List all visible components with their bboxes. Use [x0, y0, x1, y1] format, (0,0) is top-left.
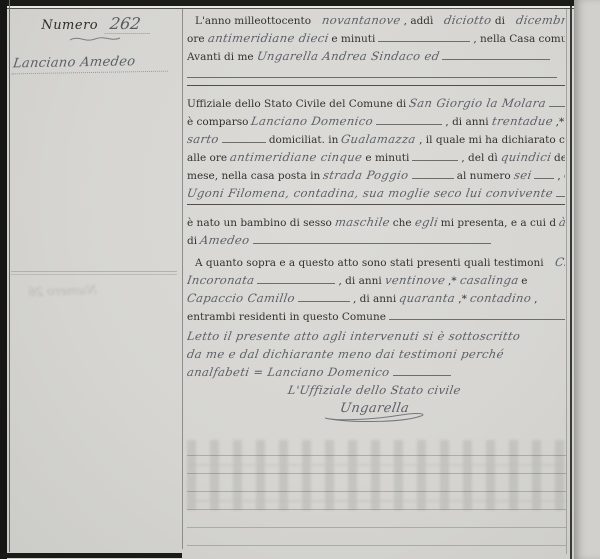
- act-line: Uffiziale dello Stato Civile del Comune …: [187, 93, 565, 111]
- printed-text: del: [554, 152, 565, 164]
- paragraph-rule: [187, 85, 565, 91]
- fill-in-blank: [298, 289, 350, 302]
- act-body: L'anno milleottocentonovantanove, addìdi…: [187, 10, 565, 416]
- fill-in-blank: [187, 65, 557, 78]
- printed-text: mese, nella casa posta in: [187, 170, 320, 182]
- printed-text: , da: [557, 170, 565, 182]
- fill-in-blank: [534, 166, 554, 179]
- right-rule-line: [570, 6, 572, 559]
- flourish-squiggle: [69, 35, 121, 43]
- printed-text: , del dì: [461, 152, 497, 164]
- handwritten-text: strada Poggio: [322, 166, 410, 183]
- printed-text: domiciliat. in: [269, 134, 339, 146]
- fill-in-blank: [412, 148, 458, 161]
- scan-bottom-border: [0, 553, 182, 558]
- printed-text: Avanti di me: [187, 51, 254, 63]
- scan-left-border-line: [9, 0, 10, 552]
- printed-text: , il quale mi ha dichiarato che: [419, 134, 565, 146]
- printed-text: è comparso: [187, 116, 248, 128]
- paragraph-rule: [187, 204, 565, 210]
- handwritten-text: ventinove: [383, 271, 446, 288]
- fill-in-blank: [412, 166, 454, 179]
- printed-text: e minuti: [331, 33, 375, 45]
- printed-text: ,*: [556, 116, 565, 128]
- act-line: L'anno milleottocentonovantanove, addìdi…: [187, 10, 565, 28]
- printed-text: ore: [187, 33, 205, 45]
- fill-in-blank: [222, 130, 266, 143]
- margin-column: Numero262 Lanciano Amedeo: [11, 10, 181, 77]
- fill-in-blank: [378, 29, 470, 42]
- act-line: Letto il presente atto agli intervenuti …: [187, 326, 565, 344]
- handwritten-text: antimeridiane dieci: [206, 29, 330, 46]
- printed-text: , addì: [404, 15, 434, 27]
- handwritten-text: trentadue: [490, 112, 554, 129]
- handwritten-text: Amedeo: [199, 231, 252, 248]
- printed-text: di: [187, 235, 197, 247]
- act-line: sartodomiciliat. inGualamazza, il quale …: [187, 129, 565, 147]
- handwritten-text: San Giorgio la Molara: [408, 94, 548, 111]
- page-edge-margin: [574, 0, 600, 559]
- handwritten-text: egli: [413, 213, 439, 230]
- handwritten-text: Letto il presente atto agli intervenuti …: [187, 327, 522, 344]
- handwritten-text: dicembre: [506, 11, 565, 28]
- handwritten-text: Incoronata: [187, 271, 256, 288]
- printed-text: alle ore: [187, 152, 227, 164]
- act-line: da me e dal dichiarante meno dai testimo…: [187, 344, 565, 362]
- act-line: A quanto sopra e a questo atto sono stat…: [187, 252, 565, 270]
- handwritten-text: Ungarella Andrea Sindaco ed: [255, 47, 441, 64]
- act-number: 262: [105, 14, 152, 34]
- handwritten-text: da me e dal dichiarante meno dai testimo…: [187, 345, 505, 362]
- fill-in-blank: [393, 363, 451, 376]
- fill-in-blank: [253, 231, 491, 244]
- handwritten-text: maschile: [333, 213, 391, 230]
- handwritten-text: sei: [512, 166, 533, 183]
- handwritten-text: novantanove: [313, 11, 403, 28]
- handwritten-text: sarto: [187, 130, 220, 147]
- scan-left-border: [0, 0, 7, 559]
- scan-top-border-line: [0, 8, 574, 9]
- act-line: diAmedeo: [187, 230, 565, 248]
- printed-text: e: [521, 275, 527, 287]
- act-line: è comparsoLanciano Domenico, di annitren…: [187, 111, 565, 129]
- printed-text: è nato un bambino di sesso: [187, 217, 332, 229]
- handwritten-text: diciotto: [435, 11, 493, 28]
- printed-text: , di anni: [353, 293, 396, 305]
- handwritten-text: quaranta: [398, 289, 457, 306]
- printed-text: L'anno milleottocento: [195, 15, 311, 27]
- printed-text: Uffiziale dello Stato Civile del Comune …: [187, 98, 406, 110]
- handwritten-text: Ugoni Filomena, contadina, sua moglie se…: [187, 184, 554, 201]
- act-line: oreantimeridiane diecie minuti, nella Ca…: [187, 28, 565, 46]
- fill-in-blank: [389, 307, 565, 320]
- act-line: Avanti di meUngarella Andrea Sindaco ed: [187, 46, 565, 64]
- act-line: Ugoni Filomena, contadina, sua moglie se…: [187, 183, 565, 201]
- signature-flourish: [187, 408, 565, 427]
- handwritten-text: à: [558, 213, 565, 230]
- act-line: mese, nella casa posta instrada Poggioal…: [187, 165, 565, 183]
- printed-text: ,: [534, 293, 537, 305]
- printed-text: ,*: [458, 293, 467, 305]
- fill-in-blank: [376, 112, 442, 125]
- handwritten-text: Chizzo: [545, 253, 565, 270]
- fill-in-blank: [257, 271, 335, 284]
- margin-column-divider: [182, 9, 183, 549]
- printed-text: , di anni: [445, 116, 488, 128]
- handwritten-text: L'Uffiziale dello Stato civile: [287, 381, 463, 398]
- handwritten-text: Capaccio Camillo: [187, 289, 296, 306]
- printed-text: e minuti: [365, 152, 409, 164]
- ink-bleed-ghost-text: Numero 26: [28, 283, 97, 299]
- document-scan: Numero262 Lanciano Amedeo Numero 26 L'an…: [0, 0, 600, 559]
- fill-in-blank: [442, 47, 550, 60]
- printed-text: A quanto sopra e a questo atto sono stat…: [195, 257, 544, 269]
- act-line: L'Uffiziale dello Stato civile: [187, 380, 565, 398]
- numero-label: Numero: [41, 18, 98, 33]
- printed-text: ,*: [448, 275, 457, 287]
- ink-bleed-smudge: [187, 440, 566, 510]
- printed-text: di: [495, 15, 505, 27]
- printed-text: , nella Casa comunale.: [473, 33, 565, 45]
- printed-text: che: [393, 217, 412, 229]
- handwritten-text: quindici: [499, 148, 552, 165]
- act-line: è nato un bambino di sessomaschilecheegl…: [187, 212, 565, 230]
- fill-in-blank: [556, 184, 565, 197]
- handwritten-text: Lanciano Domenico: [250, 112, 375, 129]
- handwritten-text: Gualamazza: [340, 130, 418, 147]
- margin-child-name: Lanciano Amedeo: [12, 54, 171, 75]
- printed-text: mi presenta, e a cui d: [441, 217, 556, 229]
- printed-text: entrambi residenti in questo Comune: [187, 311, 386, 323]
- fill-in-blank: [549, 94, 565, 107]
- margin-divider-rule: [11, 271, 177, 275]
- act-line: analfabeti = Lanciano Domenico: [187, 362, 565, 380]
- handwritten-text: casalinga: [458, 271, 520, 288]
- handwritten-text: contadino: [468, 289, 532, 306]
- act-number-row: Numero262: [11, 14, 181, 34]
- act-line: Incoronata, di anniventinove,*casalingae: [187, 270, 565, 288]
- right-rule-line-thin: [566, 9, 567, 554]
- act-line: Capaccio Camillo, di anniquaranta,*conta…: [187, 288, 565, 306]
- handwritten-text: analfabeti = Lanciano Domenico: [187, 363, 391, 380]
- act-line: entrambi residenti in questo Comune: [187, 306, 565, 324]
- act-line: alle oreantimeridiane cinquee minuti, de…: [187, 147, 565, 165]
- handwritten-text: antimeridiane cinque: [229, 148, 364, 165]
- printed-text: , di anni: [338, 275, 381, 287]
- printed-text: al numero: [457, 170, 511, 182]
- act-line: [187, 64, 565, 82]
